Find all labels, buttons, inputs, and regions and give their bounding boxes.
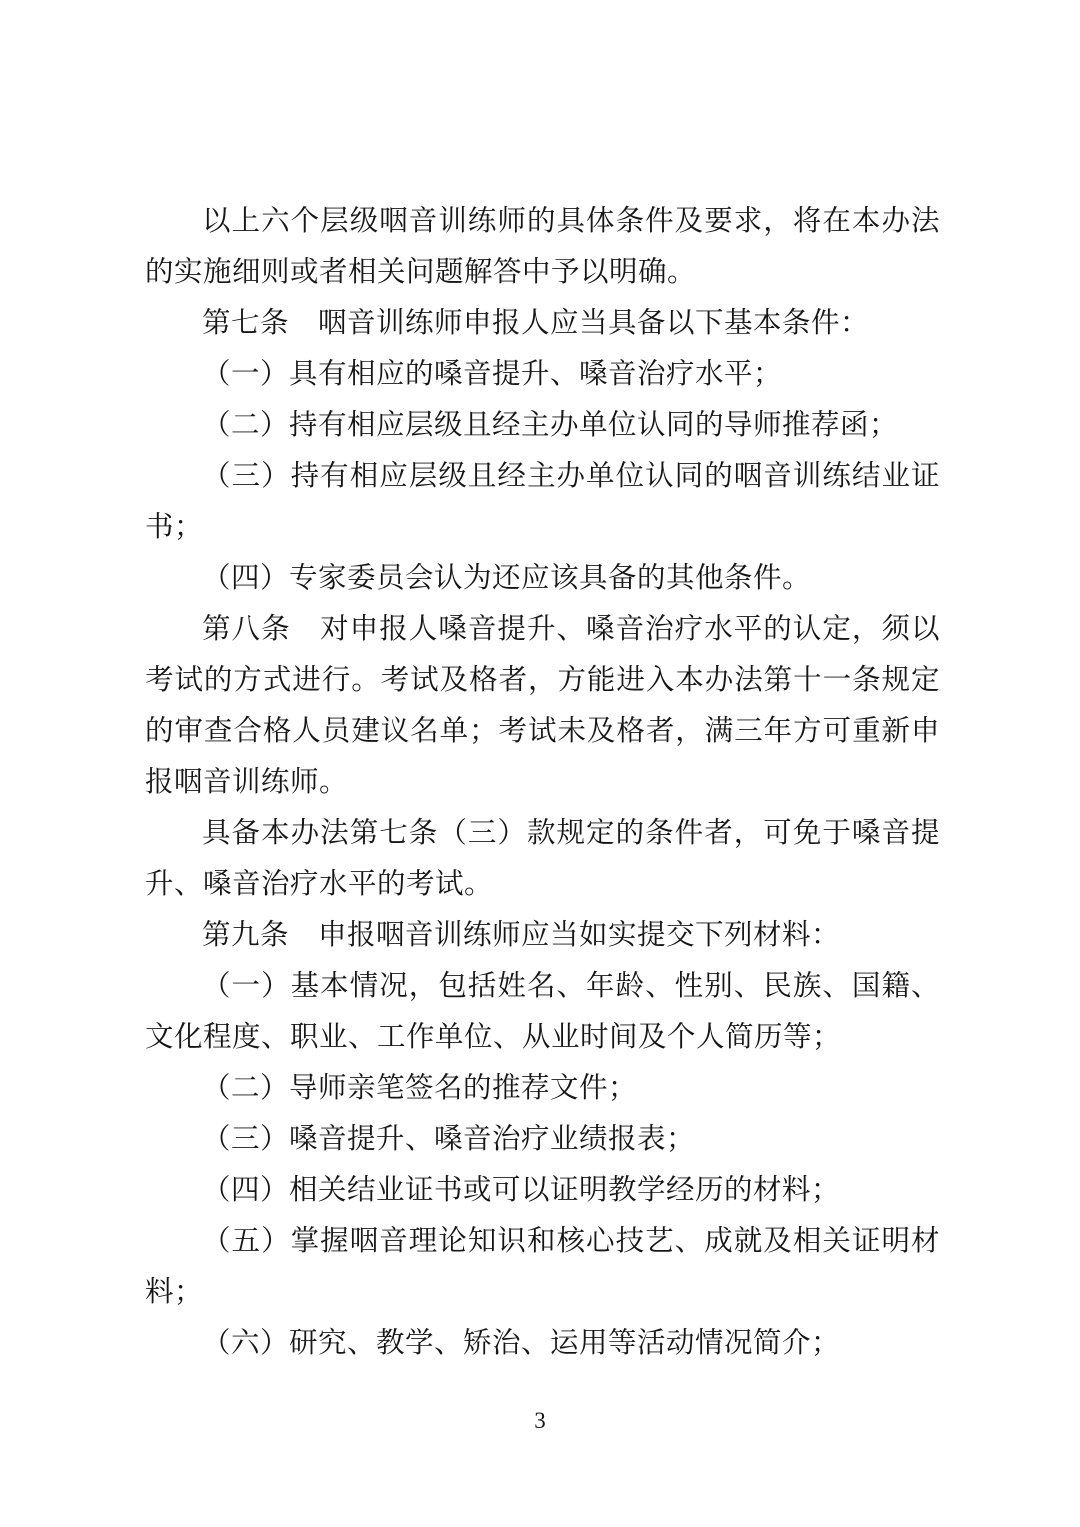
paragraph-article-9-item-5: （五）掌握咽音理论知识和核心技艺、成就及相关证明材料； — [145, 1216, 940, 1318]
paragraph-article-7-item-4: （四）专家委员会认为还应该具备的其他条件。 — [145, 553, 940, 604]
document-body: 以上六个层级咽音训练师的具体条件及要求，将在本办法的实施细则或者相关问题解答中予… — [145, 196, 940, 1369]
paragraph-article-9: 第九条 申报咽音训练师应当如实提交下列材料： — [145, 910, 940, 961]
page-number: 3 — [0, 1408, 1080, 1434]
paragraph-article-7: 第七条 咽音训练师申报人应当具备以下基本条件： — [145, 298, 940, 349]
paragraph-article-7-item-2: （二）持有相应层级且经主办单位认同的导师推荐函； — [145, 400, 940, 451]
paragraph-article-7-item-3: （三）持有相应层级且经主办单位认同的咽音训练结业证书； — [145, 451, 940, 553]
paragraph-article-8: 第八条 对申报人嗓音提升、嗓音治疗水平的认定，须以考试的方式进行。考试及格者，方… — [145, 604, 940, 808]
paragraph-article-9-item-2: （二）导师亲笔签名的推荐文件； — [145, 1063, 940, 1114]
paragraph-article-9-item-4: （四）相关结业证书或可以证明教学经历的材料； — [145, 1165, 940, 1216]
paragraph-article-7-item-1: （一）具有相应的嗓音提升、嗓音治疗水平； — [145, 349, 940, 400]
paragraph-article-9-item-1: （一）基本情况，包括姓名、年龄、性别、民族、国籍、文化程度、职业、工作单位、从业… — [145, 961, 940, 1063]
paragraph-intro: 以上六个层级咽音训练师的具体条件及要求，将在本办法的实施细则或者相关问题解答中予… — [145, 196, 940, 298]
paragraph-article-9-item-3: （三）嗓音提升、嗓音治疗业绩报表； — [145, 1114, 940, 1165]
paragraph-article-9-item-6: （六）研究、教学、矫治、运用等活动情况简介； — [145, 1318, 940, 1369]
paragraph-article-8-exemption: 具备本办法第七条（三）款规定的条件者，可免于嗓音提升、嗓音治疗水平的考试。 — [145, 808, 940, 910]
document-page: 以上六个层级咽音训练师的具体条件及要求，将在本办法的实施细则或者相关问题解答中予… — [0, 0, 1080, 1527]
